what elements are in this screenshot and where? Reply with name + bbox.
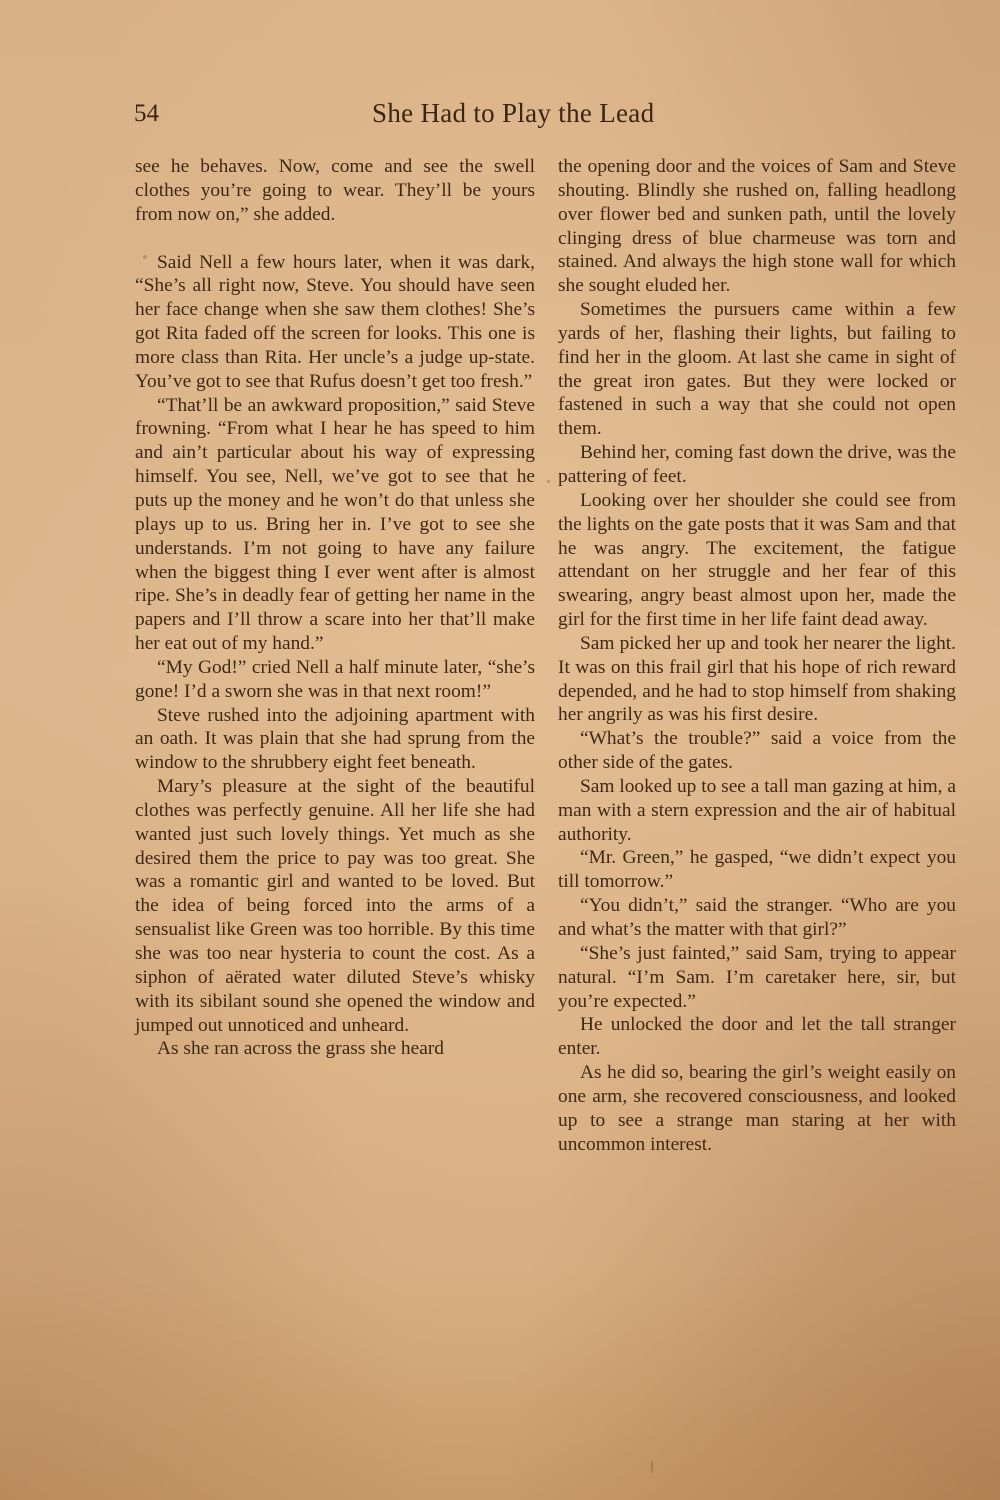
right-column: the opening door and the voices of Sam a… — [558, 155, 956, 1156]
left-column: see he behaves. Now, come and see the sw… — [135, 155, 535, 1061]
paragraph: As she ran across the grass she heard — [135, 1037, 535, 1061]
paragraph: the opening door and the voices of Sam a… — [558, 155, 956, 298]
paragraph: Sometimes the pursuers came within a few… — [558, 298, 956, 441]
paragraph: “That’ll be an awkward proposition,” sai… — [135, 394, 535, 656]
paragraph: “She’s just fainted,” said Sam, trying t… — [558, 942, 956, 1014]
running-title: She Had to Play the Lead — [372, 98, 654, 129]
paragraph: Looking over her shoulder she could see … — [558, 489, 956, 632]
paragraph: Mary’s pleasure at the sight of the beau… — [135, 775, 535, 1037]
paper-speck — [143, 255, 147, 259]
paragraph: “My God!” cried Nell a half minute later… — [135, 656, 535, 704]
paper-speck — [651, 1460, 653, 1474]
paragraph: Behind her, coming fast down the drive, … — [558, 441, 956, 489]
paragraph: Said Nell a few hours later, when it was… — [135, 251, 535, 394]
paragraph: “What’s the trouble?” said a voice from … — [558, 727, 956, 775]
page-number: 54 — [134, 100, 159, 128]
page-header: 54 She Had to Play the Lead — [134, 98, 954, 138]
paragraph: He unlocked the door and let the tall st… — [558, 1013, 956, 1061]
paragraph: As he did so, bearing the girl’s weight … — [558, 1061, 956, 1156]
paragraph: “Mr. Green,” he gasped, “we didn’t expec… — [558, 846, 956, 894]
paragraph: Steve rushed into the adjoining apartmen… — [135, 704, 535, 776]
paragraph: Sam picked her up and took her nearer th… — [558, 632, 956, 727]
book-page: 54 She Had to Play the Lead see he behav… — [0, 0, 1000, 1500]
paragraph: see he behaves. Now, come and see the sw… — [135, 155, 535, 227]
paragraph: Sam looked up to see a tall man gazing a… — [558, 775, 956, 847]
paragraph: “You didn’t,” said the stranger. “Who ar… — [558, 894, 956, 942]
paper-speck — [547, 480, 550, 483]
